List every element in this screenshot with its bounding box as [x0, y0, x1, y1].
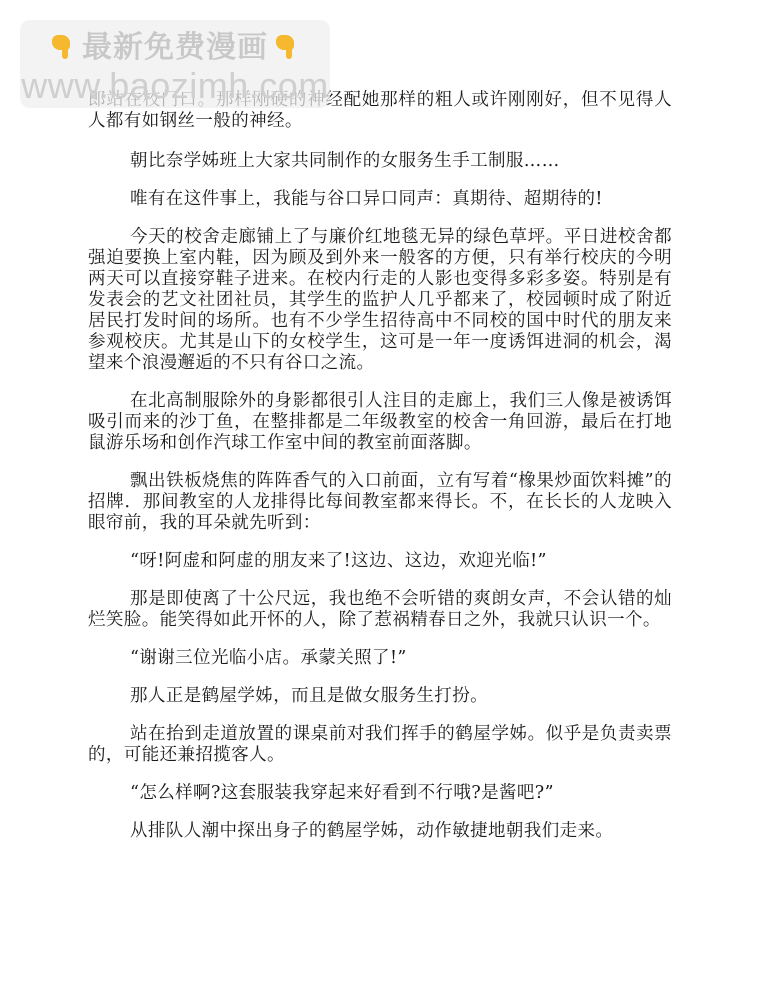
paragraph: 今天的校舍走廊铺上了与廉价红地毯无异的绿色草坪。平日进校舍都强迫要换上室内鞋，因…: [88, 227, 672, 374]
pointing-hand-icon: [50, 31, 76, 61]
paragraph: 唯有在这件事上，我能与谷口异口同声：真期待、超期待的!: [88, 189, 672, 210]
watermark-title: 最新免费漫画: [82, 30, 268, 65]
paragraph: 朝比奈学姊班上大家共同制作的女服务生手工制服……: [88, 151, 672, 172]
paragraph: 那是即使离了十公尺远，我也绝不会听错的爽朗女声，不会认错的灿烂笑脸。能笑得如此开…: [88, 589, 672, 631]
watermark-url: www.baozimh.com: [20, 66, 330, 106]
paragraph: “怎么样啊?这套服装我穿起来好看到不行哦?是酱吧?”: [88, 783, 672, 804]
paragraph: 在北高制服除外的身影都很引人注目的走廊上，我们三人像是被诱饵吸引而来的沙丁鱼，在…: [88, 391, 672, 454]
watermark-banner: 最新免费漫画 www.baozimh.com: [20, 20, 330, 108]
paragraph: 飘出铁板烧焦的阵阵香气的入口前面，立有写着“橡果炒面饮料摊”的招牌．那间教室的人…: [88, 471, 672, 534]
paragraph: 站在抬到走道放置的课桌前对我们挥手的鹤屋学姊。似乎是负责卖票的，可能还兼招揽客人…: [88, 724, 672, 766]
paragraph: “谢谢三位光临小店。承蒙关照了!”: [88, 648, 672, 669]
paragraph: 那人正是鹤屋学姊，而且是做女服务生打扮。: [88, 686, 672, 707]
paragraph: “呀!阿虚和阿虚的朋友来了!这边、这边，欢迎光临!”: [88, 551, 672, 572]
paragraph: 从排队人潮中探出身子的鹤屋学姊，动作敏捷地朝我们走来。: [88, 821, 672, 842]
pointing-hand-icon: [274, 31, 300, 61]
watermark-title-row: 最新免费漫画: [20, 28, 330, 68]
document-body: 郎站在校门口。那样刚硬的神经配她那样的粗人或许刚刚好，但不见得人人都有如钢丝一般…: [88, 90, 672, 859]
